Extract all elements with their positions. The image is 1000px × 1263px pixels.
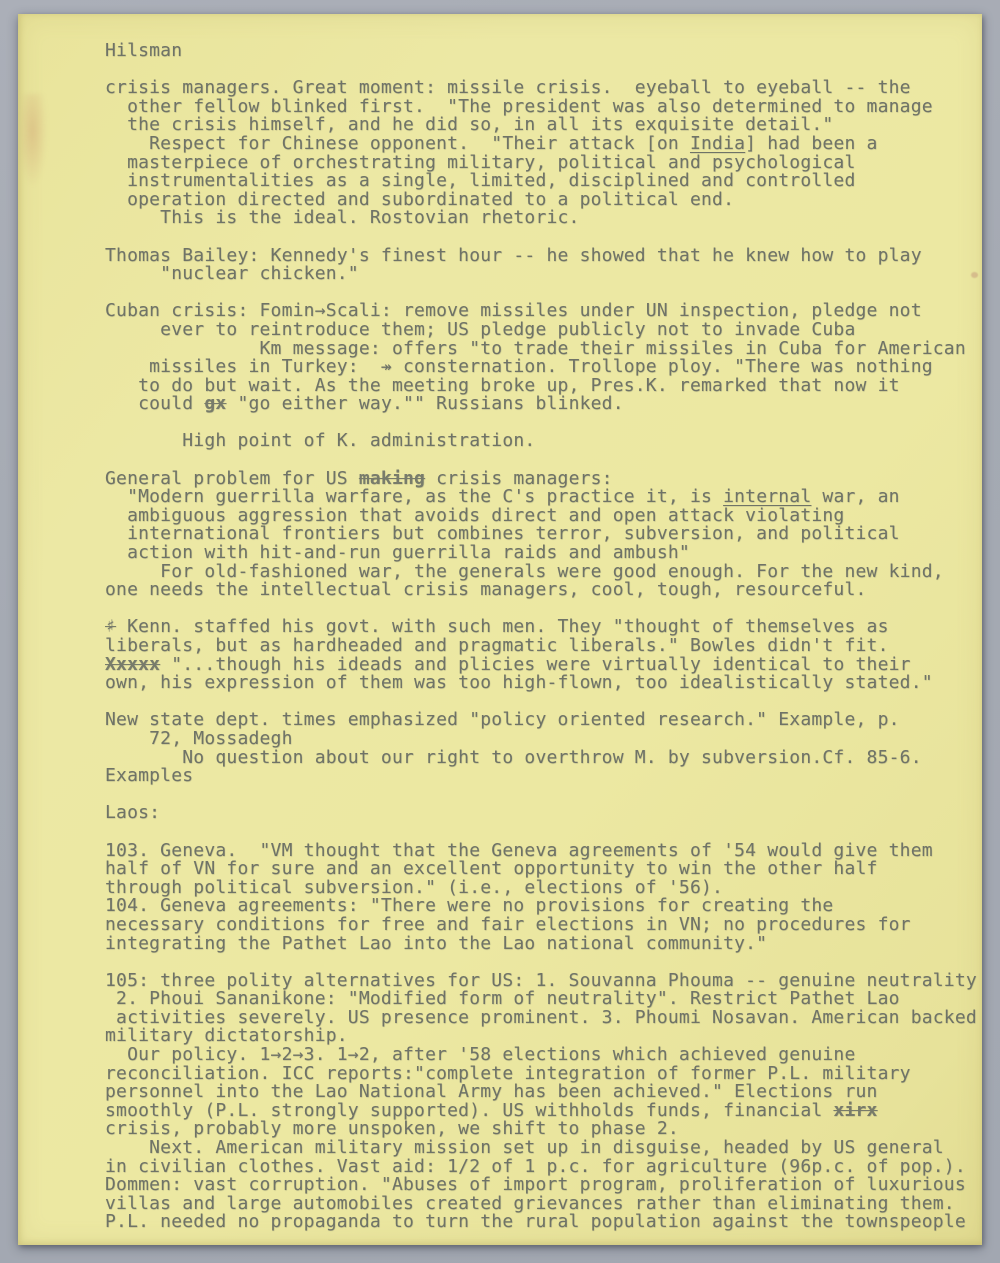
struck-out-text: making [359, 468, 425, 489]
typed-text-segment: one needs the intellectual crisis manage… [105, 579, 867, 600]
typed-line: No question about our right to overthrow… [105, 749, 982, 768]
typed-text: Hilsman crisis managers. Great moment: m… [18, 42, 982, 1232]
typed-text-segment: This is the ideal. Rostovian rhetoric. [105, 207, 580, 228]
typed-line: could gx "go either way."" Russians blin… [105, 395, 982, 414]
typed-line: Hilsman [105, 42, 982, 61]
typed-line: Examples [105, 767, 982, 786]
typed-text-segment: could [105, 393, 204, 414]
typed-text-segment: Examples [105, 765, 193, 786]
typed-text-segment: "nuclear chicken." [105, 263, 359, 284]
typed-line: P.L. needed no propaganda to turn the ru… [105, 1213, 982, 1232]
typed-text-segment: No question about our right to overthrow… [105, 747, 922, 768]
typed-text-segment: integrating the Pathet Lao into the Lao … [105, 933, 767, 954]
typed-text-segment: P.L. needed no propaganda to turn the ru… [105, 1211, 966, 1232]
typed-line: This is the ideal. Rostovian rhetoric. [105, 209, 982, 228]
typed-line: "nuclear chicken." [105, 265, 982, 284]
scan-background: { "page": { "background_color": "#a7abb4… [0, 0, 1000, 1263]
document-page: Hilsman crisis managers. Great moment: m… [18, 14, 982, 1245]
typed-line [105, 786, 982, 805]
typed-text-segment: High point of K. administration. [105, 430, 535, 451]
struck-out-text: gx [204, 393, 226, 414]
struck-out-text: xirx [833, 1100, 877, 1121]
typed-text-segment: "go either way."" Russians blinked. [226, 393, 623, 414]
typed-text-segment: own, his expression of them was too high… [105, 672, 933, 693]
typed-line: integrating the Pathet Lao into the Lao … [105, 935, 982, 954]
typed-line: one needs the intellectual crisis manage… [105, 581, 982, 600]
typed-line: own, his expression of them was too high… [105, 674, 982, 693]
struck-out-text: Xxxxx [105, 654, 160, 675]
typed-text-segment: Hilsman [105, 40, 182, 61]
struck-out-text: ♯ [105, 616, 116, 637]
typed-line: High point of K. administration. [105, 432, 982, 451]
typed-line: Laos: [105, 804, 982, 823]
